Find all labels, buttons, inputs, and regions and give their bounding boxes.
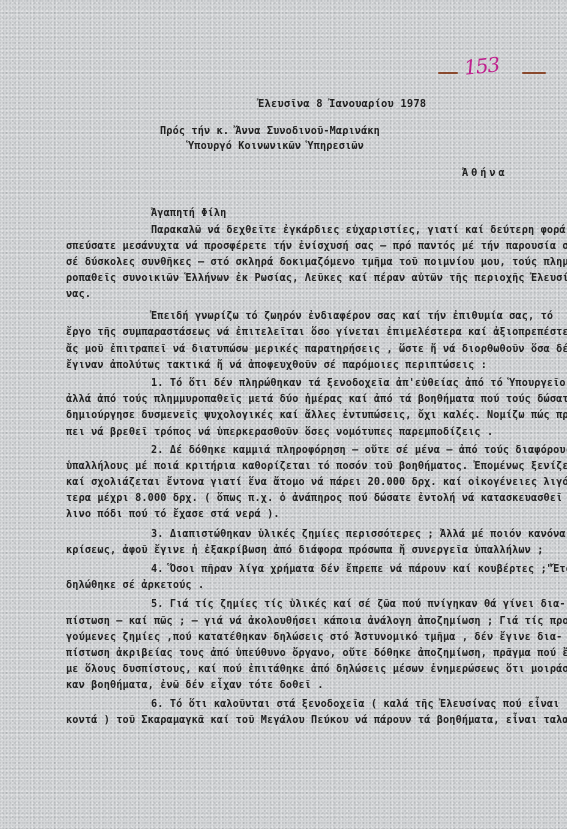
dash-mark-right — [522, 72, 546, 74]
letter-line: Παρακαλῶ νά δεχθεῖτε ἐγκάρδιες εὐχαριστί… — [151, 224, 566, 237]
recipient-title: Ὑπουργό Κοινωνικῶν Ὑπηρεσιῶν — [188, 140, 364, 153]
date-line: Ἐλευσῖνα 8 Ἰανουαρίου 1978 — [258, 98, 426, 111]
letter-page: 153 Ἐλευσῖνα 8 Ἰανουαρίου 1978 Πρός τήν … — [0, 0, 567, 829]
letter-line: λινο πόδι πού τό ἔχασε στά νερά ). — [66, 508, 280, 521]
letter-line: ἄς μοῦ ἐπιτραπεῖ νά διατυπώσω μερικές πα… — [66, 343, 567, 356]
letter-line: 2. Δέ δόθηκε καμμιά πληροφόρηση – οὔτε σ… — [151, 444, 567, 457]
letter-line: 1. Τό ὅτι δέν πληρώθηκαν τά ξενοδοχεῖα ἀ… — [151, 377, 567, 390]
letter-line: ἔργο τῆς συμπαραστάσεως νά ἐπιτελεῖται ὅ… — [66, 326, 567, 339]
letter-line: 4. Ὅσοι πῆραν λίγα χρήματα δέν ἔπρεπε νά… — [151, 563, 567, 576]
letter-line: 6. Τό ὅτι καλοῦνται στά ξενοδοχεῖα ( καλ… — [151, 698, 559, 711]
letter-line: γούμενες ζημίες ,πού κατατέθηκαν δηλώσει… — [66, 631, 562, 644]
letter-line: 3. Διαπιστώθηκαν ὑλικές ζημίες περισσότε… — [151, 528, 566, 541]
letter-line: με ὅλους δυσπίστους, καί πού ἐπιτάθηκε ἀ… — [66, 663, 567, 676]
letter-line: ἀλλά ἀπό τούς πλημμυροπαθεῖς μετά δύο ἡμ… — [66, 393, 567, 406]
letter-line: τερα μέχρι 8.000 δρχ. ( ὅπως π.χ. ὁ ἀνάπ… — [66, 492, 567, 505]
letter-line: Ἐπειδή γνωρίζω τό ζωηρόν ἐνδιαφέρον σας … — [151, 310, 553, 323]
recipient-city: Ἀθήνα — [462, 167, 508, 180]
letter-line: πίστωση – καί πῶς ; – γιά νά ἀκολουθήσει… — [66, 615, 567, 628]
recipient-name: Πρός τήν κ. Ἄννα Συνοδινοῦ-Μαρινάκη — [160, 125, 380, 138]
letter-line: πει νά βρεθεῖ τρόπος νά ὑπερκερασθοῦν ὅσ… — [66, 426, 493, 439]
handwritten-page-number: 153 — [438, 60, 550, 86]
dash-mark-left — [438, 72, 458, 74]
letter-line: 5. Γιά τίς ζημίες τίς ὑλικές καί σέ ζῶα … — [151, 598, 566, 611]
letter-line: καί σχολιάζεται ἔντονα γιατί ἕνα ἄτομο ν… — [66, 476, 567, 489]
salutation: Ἀγαπητή Φίλη — [151, 207, 226, 220]
letter-line: σπεύσατε μεσάνυχτα νά προσφέρετε τήν ἐνί… — [66, 240, 567, 253]
letter-line: πίστωση ἀκριβείας τους ἀπό ὑπεύθυνο ὄργα… — [66, 647, 567, 660]
letter-line: κρίσεως, ἀφοῦ ἔγινε ἡ ἐξακρίβωση ἀπό διά… — [66, 544, 544, 557]
letter-line: δηλώθηκε σέ ἀρκετούς . — [66, 579, 204, 592]
letter-line: ὑπαλλήλους μέ ποιά κριτήρια καθορίζεται … — [66, 460, 567, 473]
page-number: 153 — [463, 52, 501, 80]
letter-line: ἔγιναν ἀπολύτως τακτικά ἤ νά ἀποφευχθοῦν… — [66, 359, 487, 372]
letter-line: ροπαθεῖς συνοικιῶν Ἑλλήνων ἐκ Ρωσίας, Λε… — [66, 272, 567, 285]
letter-line: καν βοηθήματα, ἐνῶ δέν εἶχαν τότε δοθεῖ … — [66, 679, 324, 692]
letter-line: σέ δύσκολες συνθῆκες – στό σκληρά δοκιμα… — [66, 256, 567, 269]
letter-line: νας. — [66, 288, 91, 301]
letter-line: κοντά ) τοῦ Σκαραμαγκᾶ καί τοῦ Μεγάλου Π… — [66, 714, 567, 727]
letter-line: δημιούργησε δυσμενεῖς ψυχολογικές καί ἄλ… — [66, 409, 567, 422]
